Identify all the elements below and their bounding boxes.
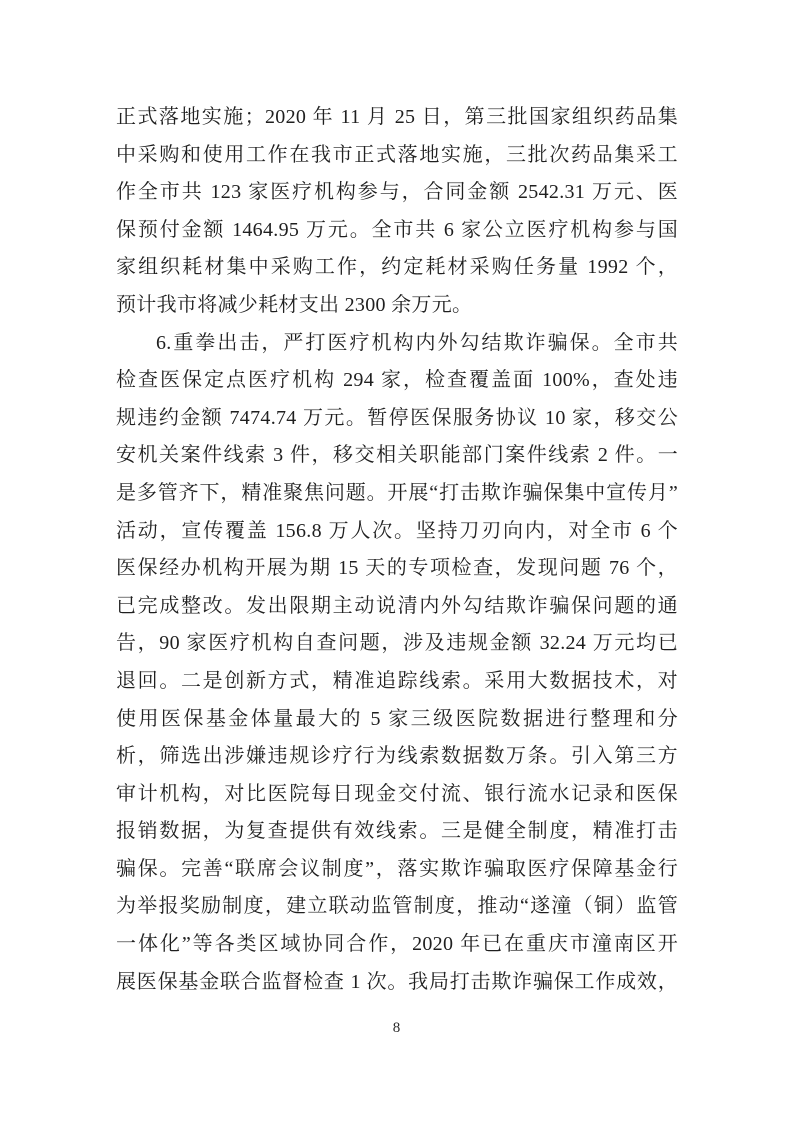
body-line: 安机关案件线索 3 件，移交相关职能部门案件线索 2 件。一 <box>116 437 678 475</box>
body-line: 活动，宣传覆盖 156.8 万人次。坚持刀刃向内，对全市 6 个 <box>116 513 678 551</box>
body-line: 医保经办机构开展为期 15 天的专项检查，发现问题 76 个， <box>116 550 678 588</box>
body-line: 告，90 家医疗机构自查问题，涉及违规金额 32.24 万元均已 <box>116 625 678 663</box>
body-line: 已完成整改。发出限期主动说清内外勾结欺诈骗保问题的通 <box>116 588 678 626</box>
body-line: 预计我市将减少耗材支出 2300 余万元。 <box>116 287 678 325</box>
page-number: 8 <box>0 1020 793 1037</box>
body-line: 作全市共 123 家医疗机构参与，合同金额 2542.31 万元、医 <box>116 174 678 212</box>
body-line: 骗保。完善“联席会议制度”，落实欺诈骗取医疗保障基金行 <box>116 851 678 889</box>
body-line: 审计机构，对比医院每日现金交付流、银行流水记录和医保 <box>116 776 678 814</box>
body-line: 展医保基金联合监督检查 1 次。我局打击欺诈骗保工作成效， <box>116 964 678 1002</box>
body-line: 退回。二是创新方式，精准追踪线索。采用大数据技术，对 <box>116 663 678 701</box>
document-page: 正式落地实施；2020 年 11 月 25 日，第三批国家组织药品集 中采购和使… <box>0 0 793 1122</box>
body-line: 规违约金额 7474.74 万元。暂停医保服务协议 10 家，移交公 <box>116 400 678 438</box>
body-line: 正式落地实施；2020 年 11 月 25 日，第三批国家组织药品集 <box>116 99 678 137</box>
body-line: 是多管齐下，精准聚焦问题。开展“打击欺诈骗保集中宣传月” <box>116 475 678 513</box>
body-line: 一体化”等各类区域协同合作，2020 年已在重庆市潼南区开 <box>116 926 678 964</box>
body-line: 使用医保基金体量最大的 5 家三级医院数据进行整理和分 <box>116 701 678 739</box>
body-line: 家组织耗材集中采购工作，约定耗材采购任务量 1992 个， <box>116 249 678 287</box>
body-line: 析，筛选出涉嫌违规诊疗行为线索数据数万条。引入第三方 <box>116 738 678 776</box>
body-line: 保预付金额 1464.95 万元。全市共 6 家公立医疗机构参与国 <box>116 212 678 250</box>
document-body: 正式落地实施；2020 年 11 月 25 日，第三批国家组织药品集 中采购和使… <box>116 99 678 1001</box>
body-line: 检查医保定点医疗机构 294 家，检查覆盖面 100%，查处违 <box>116 362 678 400</box>
body-line: 中采购和使用工作在我市正式落地实施，三批次药品集采工 <box>116 137 678 175</box>
body-line: 报销数据，为复查提供有效线索。三是健全制度，精准打击 <box>116 813 678 851</box>
body-line-paragraph-start: 6.重拳出击，严打医疗机构内外勾结欺诈骗保。全市共 <box>116 325 678 363</box>
body-line: 为举报奖励制度，建立联动监管制度，推动“遂潼（铜）监管 <box>116 888 678 926</box>
